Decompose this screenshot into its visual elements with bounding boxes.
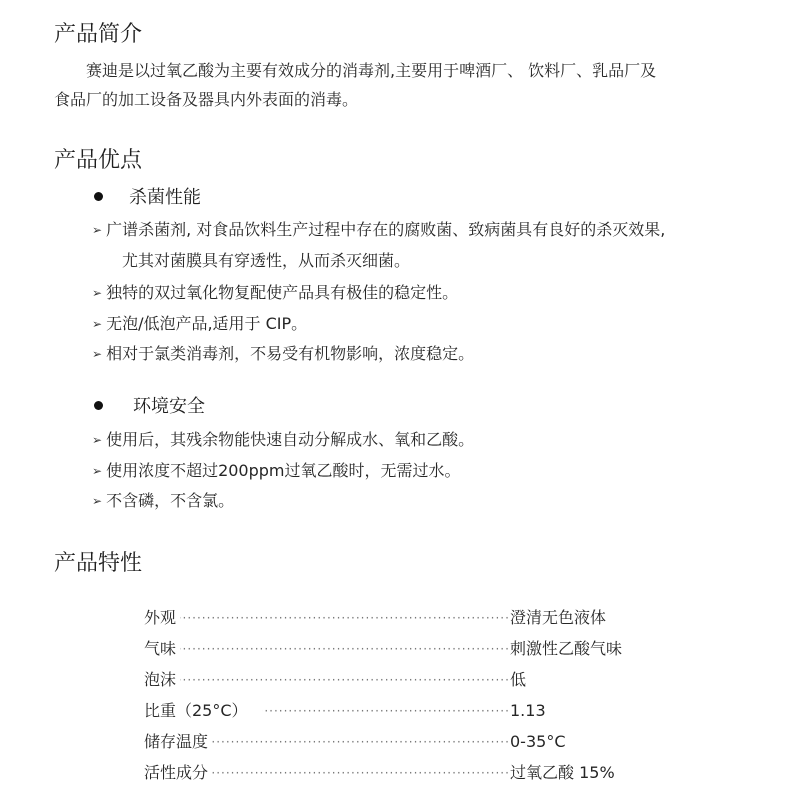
spec-row-foam: ········································… [144,670,644,690]
arrow-bullet-icon: ➢ [92,287,102,299]
list-item-continuation: 尤其对菌膜具有穿透性，从而杀灭细菌。 [122,253,410,269]
intro-paragraph-line-1: 赛迪是以过氧乙酸为主要有效成分的消毒剂,主要用于啤酒厂、 饮料厂、乳品厂及 [86,63,656,79]
dot-leader: ········································… [144,639,510,659]
arrow-bullet-icon: ➢ [92,434,102,446]
dot-leader: ········································… [144,670,510,690]
bullet-dot-icon [94,192,103,201]
spec-value: 1.13 [510,701,546,721]
arrow-bullet-icon: ➢ [92,495,102,507]
intro-paragraph-line-2: 食品厂的加工设备及器具内外表面的消毒。 [54,92,358,108]
bullet-heading-environment: 环境安全 [94,398,205,416]
spec-label: 外观 [144,608,180,628]
spec-value: 低 [510,670,526,690]
list-item: ➢使用后，其残余物能快速自动分解成水、氧和乙酸。 [92,432,474,448]
list-item: ➢不含磷，不含氯。 [92,493,234,509]
spec-row-active-ingredient: ········································… [144,763,644,783]
list-item: ➢相对于氯类消毒剂，不易受有机物影响，浓度稳定。 [92,346,474,362]
spec-label: 储存温度 [144,732,212,752]
bullet-heading-label: 杀菌性能 [129,187,201,208]
list-item-text: 无泡/低泡产品,适用于 CIP。 [106,314,307,333]
list-item-text: 广谱杀菌剂, 对食品饮料生产过程中存在的腐败菌、致病菌具有良好的杀灭效果, [106,220,665,239]
spec-label: 气味 [144,639,180,659]
spec-value: 刺激性乙酸气味 [510,639,622,659]
section-title-properties: 产品特性 [54,553,142,575]
bullet-dot-icon [94,401,103,410]
spec-row-appearance: ········································… [144,608,644,628]
list-item-text: 使用后，其残余物能快速自动分解成水、氧和乙酸。 [106,430,474,449]
section-title-advantages: 产品优点 [54,150,142,172]
spec-label: 泡沫 [144,670,180,690]
spec-label: 比重（25°C） [144,701,262,721]
list-item: ➢广谱杀菌剂, 对食品饮料生产过程中存在的腐败菌、致病菌具有良好的杀灭效果, [92,222,665,238]
arrow-bullet-icon: ➢ [92,224,102,236]
spec-label: 活性成分 [144,763,212,783]
list-item: ➢使用浓度不超过200ppm过氧乙酸时，无需过水。 [92,463,461,479]
spec-row-storage-temperature: ········································… [144,732,644,752]
list-item: ➢独特的双过氧化物复配使产品具有极佳的稳定性。 [92,285,458,301]
list-item-text: 相对于氯类消毒剂，不易受有机物影响，浓度稳定。 [106,344,474,363]
section-title-intro: 产品简介 [54,24,142,46]
spec-row-specific-gravity: ········································… [144,701,644,721]
arrow-bullet-icon: ➢ [92,465,102,477]
list-item: ➢无泡/低泡产品,适用于 CIP。 [92,316,307,332]
spec-value: 过氧乙酸 15% [510,763,615,783]
dot-leader: ········································… [144,608,510,628]
list-item-text: 独特的双过氧化物复配使产品具有极佳的稳定性。 [106,283,458,302]
arrow-bullet-icon: ➢ [92,348,102,360]
list-item-text: 使用浓度不超过200ppm过氧乙酸时，无需过水。 [106,461,460,480]
bullet-heading-label: 环境安全 [133,396,205,417]
arrow-bullet-icon: ➢ [92,318,102,330]
bullet-heading-sterilization: 杀菌性能 [94,189,201,207]
spec-row-odor: ········································… [144,639,644,659]
spec-value: 澄清无色液体 [510,608,606,628]
spec-value: 0-35°C [510,732,565,752]
list-item-text: 不含磷，不含氯。 [106,491,234,510]
